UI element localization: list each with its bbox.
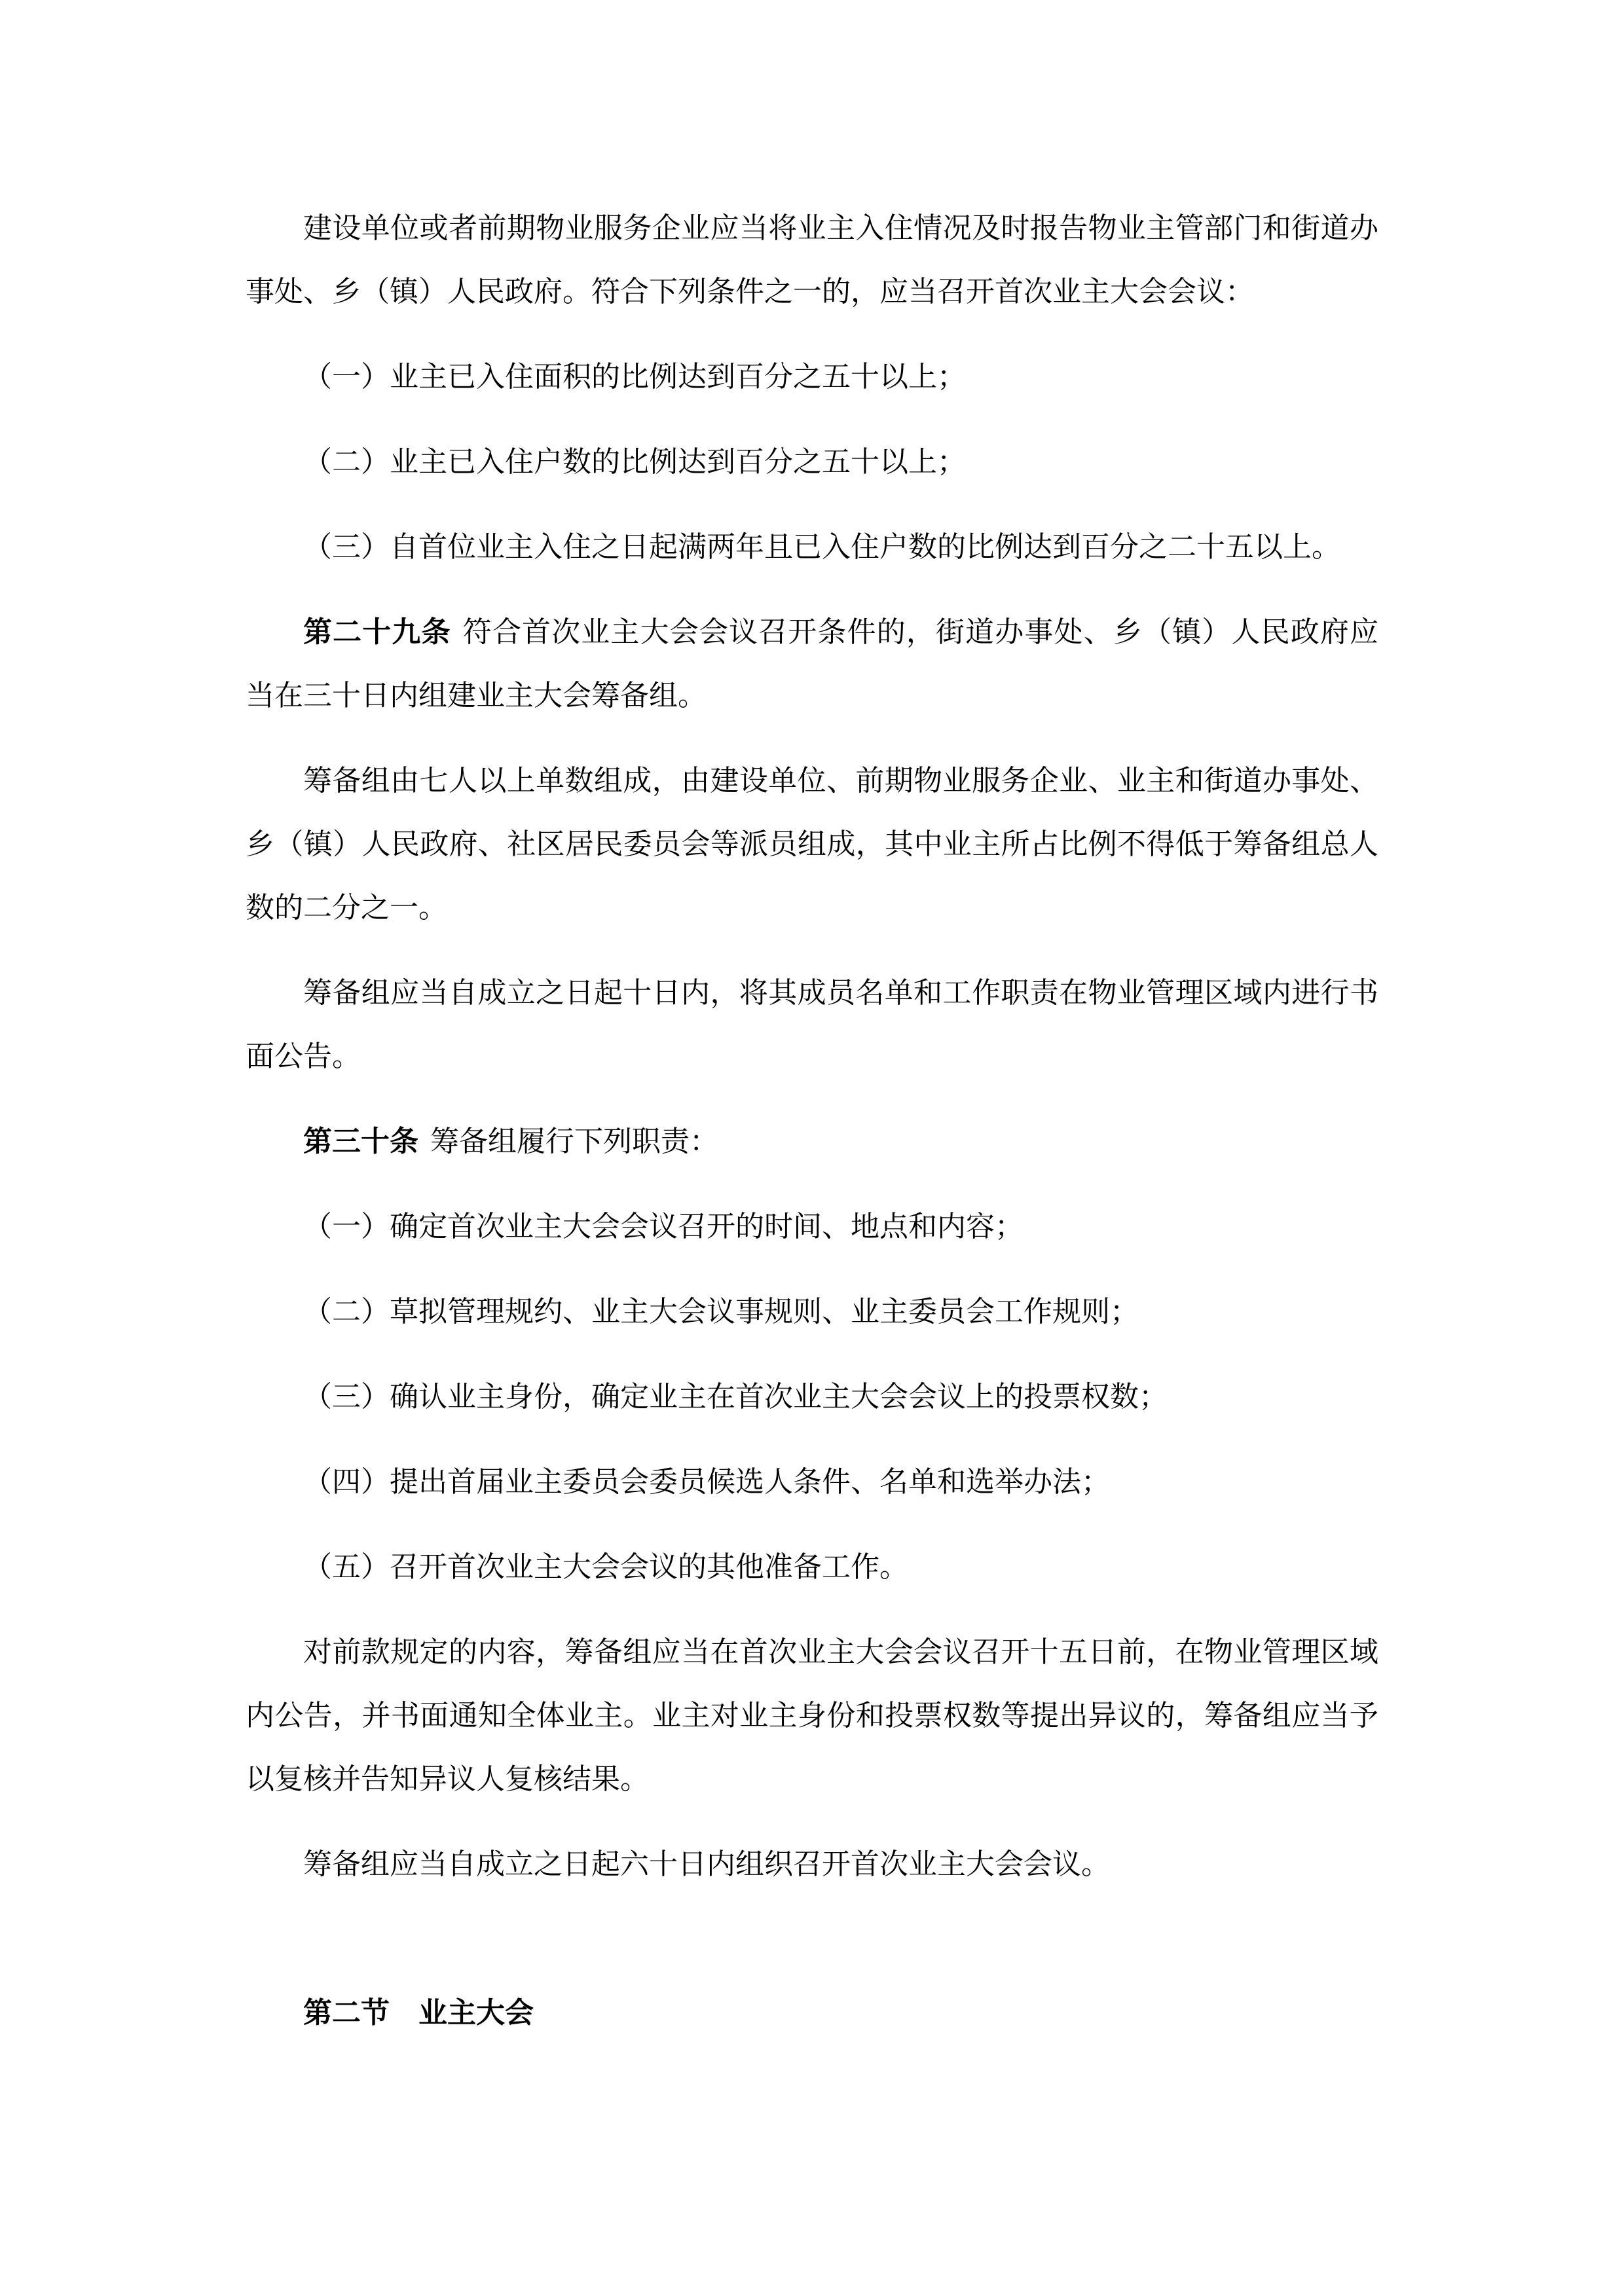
- list-item-paragraph: （三）确认业主身份，确定业主在首次业主大会会议上的投票权数；: [246, 1365, 1378, 1429]
- list-item-paragraph: （一）业主已入住面积的比例达到百分之五十以上；: [246, 345, 1378, 409]
- list-item-paragraph: （五）召开首次业主大会会议的其他准备工作。: [246, 1535, 1378, 1599]
- document-body: 建设单位或者前期物业服务企业应当将业主入住情况及时报告物业主管部门和街道办事处、…: [246, 196, 1378, 2066]
- article-text: 筹备组履行下列职责：: [430, 1125, 718, 1157]
- document-page: 建设单位或者前期物业服务企业应当将业主入住情况及时报告物业主管部门和街道办事处、…: [0, 0, 1624, 2296]
- paragraph: 建设单位或者前期物业服务企业应当将业主入住情况及时报告物业主管部门和街道办事处、…: [246, 196, 1378, 323]
- list-item-paragraph: （四）提出首届业主委员会委员候选人条件、名单和选举办法；: [246, 1450, 1378, 1514]
- article-paragraph: 第二十九条符合首次业主大会会议召开条件的，街道办事处、乡（镇）人民政府应当在三十…: [246, 600, 1378, 727]
- section-heading: 第二节 业主大会: [246, 1981, 1378, 2045]
- paragraph: 筹备组应当自成立之日起十日内，将其成员名单和工作职责在物业管理区域内进行书面公告…: [246, 961, 1378, 1088]
- list-item-paragraph: （三）自首位业主入住之日起满两年且已入住户数的比例达到百分之二十五以上。: [246, 515, 1378, 579]
- list-item-paragraph: （二）草拟管理规约、业主大会议事规则、业主委员会工作规则；: [246, 1280, 1378, 1343]
- paragraph: 筹备组应当自成立之日起六十日内组织召开首次业主大会会议。: [246, 1832, 1378, 1896]
- page-background: { "page": { "background": "#ffffff", "te…: [0, 0, 1624, 2296]
- paragraph: 筹备组由七人以上单数组成，由建设单位、前期物业服务企业、业主和街道办事处、乡（镇…: [246, 749, 1378, 939]
- article-number: 第三十条: [303, 1125, 418, 1157]
- list-item-paragraph: （二）业主已入住户数的比例达到百分之五十以上；: [246, 430, 1378, 494]
- article-paragraph: 第三十条筹备组履行下列职责：: [246, 1110, 1378, 1173]
- article-number: 第二十九条: [303, 616, 451, 648]
- paragraph: 对前款规定的内容，筹备组应当在首次业主大会会议召开十五日前，在物业管理区域内公告…: [246, 1620, 1378, 1811]
- list-item-paragraph: （一）确定首次业主大会会议召开的时间、地点和内容；: [246, 1195, 1378, 1258]
